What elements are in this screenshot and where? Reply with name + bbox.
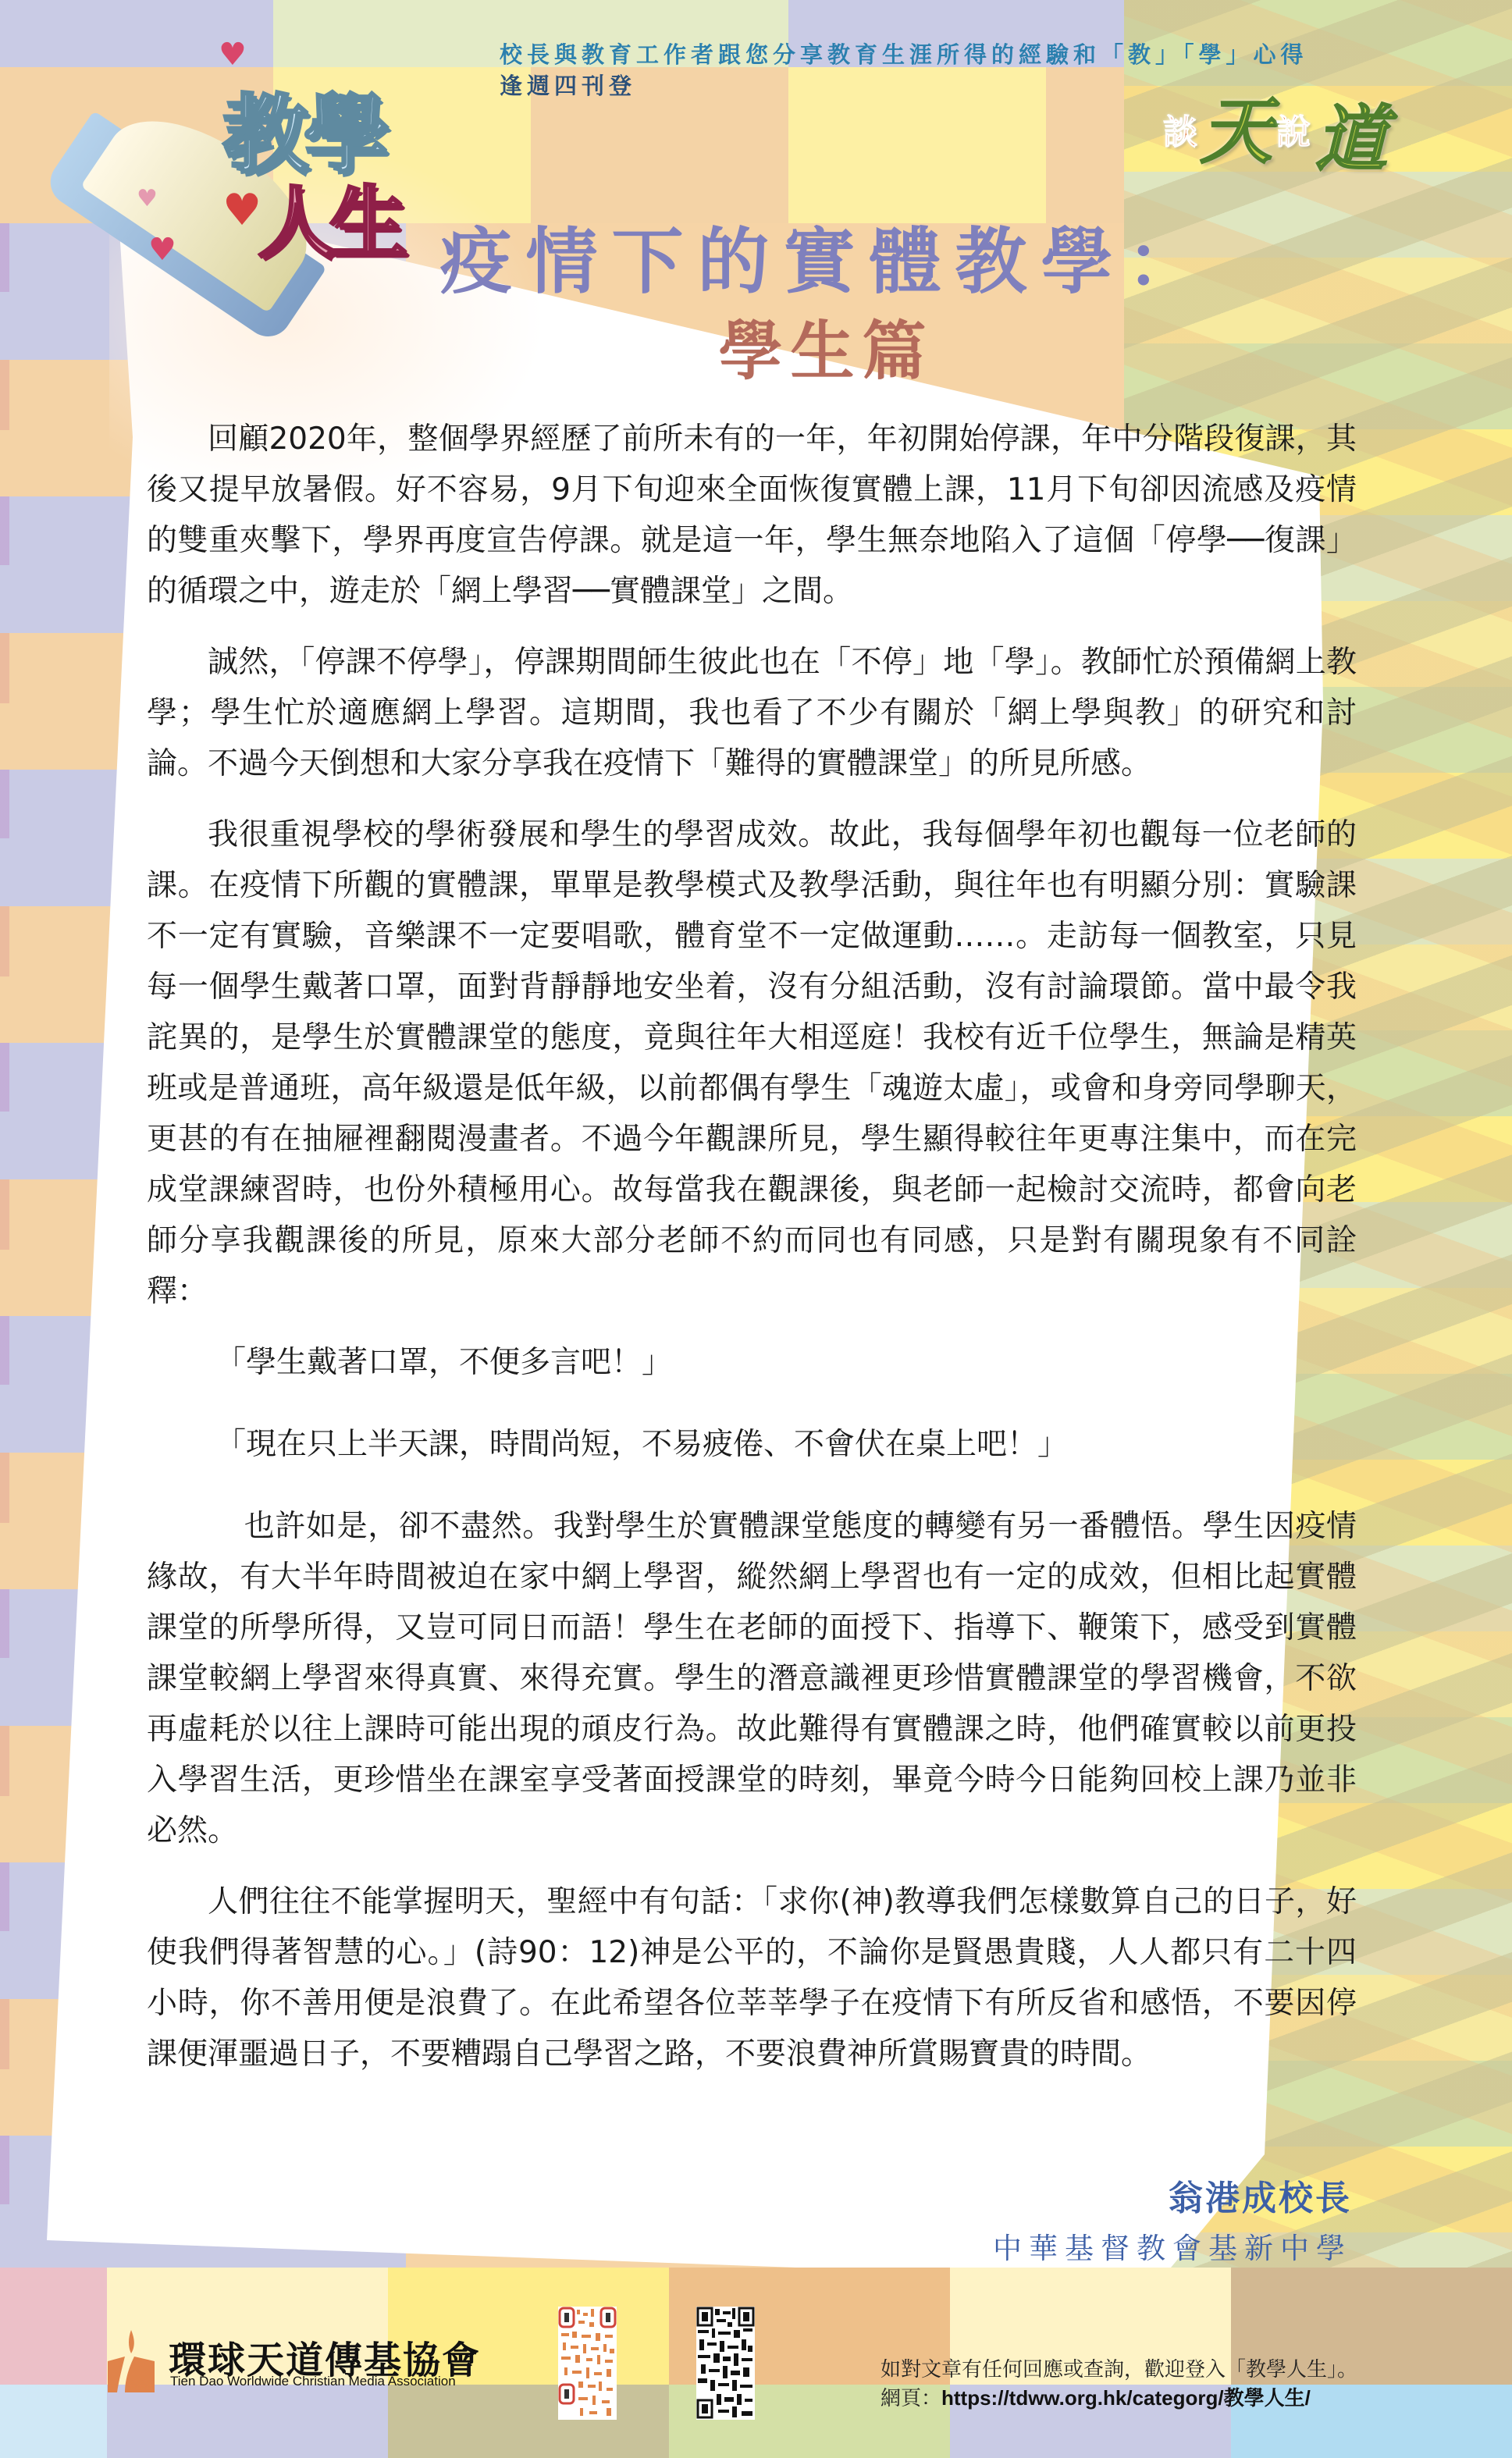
contact-info: 如對文章有任何回應或查詢，歡迎登入「教學人生」。 網頁：https://tdww… [881,2356,1357,2413]
article-quote: 「學生戴著口罩，不便多言吧！」 [147,1337,1357,1388]
article-paragraph: 回顧2020年，整個學界經歷了前所未有的一年，年初開始停課，年中分階段復課，其後… [147,414,1357,617]
article-paragraph: 人們往往不能掌握明天，聖經中有句話：「求你(神)教導我們怎樣數算自己的日子，好使… [147,1876,1357,2079]
author-signature: 翁港成校長 中華基督教會基新中學 [993,2170,1352,2267]
org-logo: 環球天道傳基協會 Tien Dao Worldwide Christian Me… [108,2330,514,2392]
series-logo: 談 天 說 道 [1163,82,1444,168]
article-paragraph: 也許如是，卻不盡然。我對學生於實體課堂態度的轉變有另一番體悟。學生因疫情緣故，有… [147,1501,1357,1856]
article-title: 疫情下的實體教學： [0,205,1512,308]
author-name: 翁港成校長 [993,2170,1352,2220]
heart-icon: ♥ [219,43,242,66]
web-label: 網頁： [881,2387,941,2410]
flame-logo-icon [108,2330,155,2392]
article-quote: 「現在只上半天課，時間尚短，不易疲倦、不會伏在桌上吧！」 [147,1419,1357,1470]
series-logo-char: 道 [1315,82,1387,185]
article-paragraph: 誠然，「停課不停學」，停課期間師生彼此也在「不停」地「學」。教師忙於預備網上教學… [147,637,1357,789]
article-body: 回顧2020年，整個學界經歷了前所未有的一年，年初開始停課，年中分階段復課，其後… [147,414,1357,2100]
article-subtitle: 學生篇 [0,301,1512,392]
series-logo-char: 說 [1276,104,1311,154]
author-school: 中華基督教會基新中學 [993,2225,1352,2267]
article-paragraph: 我很重視學校的學術發展和學生的學習成效。故此，我每個學年初也觀每一位老師的課。在… [147,809,1357,1317]
qr-code-black[interactable] [696,2307,755,2420]
header-tagline: 校長與教育工作者跟您分享教育生涯所得的經驗和「教」「學」心得 [500,37,1308,69]
contact-line: 如對文章有任何回應或查詢，歡迎登入「教學人生」。 [881,2356,1357,2384]
web-url-link[interactable]: https://tdww.org.hk/categorg/教學人生/ [941,2386,1311,2410]
qr-code-orange[interactable] [558,2307,617,2420]
series-logo-char: 天 [1201,74,1272,177]
bg-band-yellow [788,67,1046,223]
org-name-en: Tien Dao Worldwide Christian Media Assoc… [170,2374,456,2389]
bg-left-accent [0,223,9,2268]
series-logo-char: 談 [1163,104,1197,154]
web-line: 網頁：https://tdww.org.hk/categorg/教學人生/ [881,2384,1357,2413]
header-frequency: 逢週四刊登 [500,69,636,101]
